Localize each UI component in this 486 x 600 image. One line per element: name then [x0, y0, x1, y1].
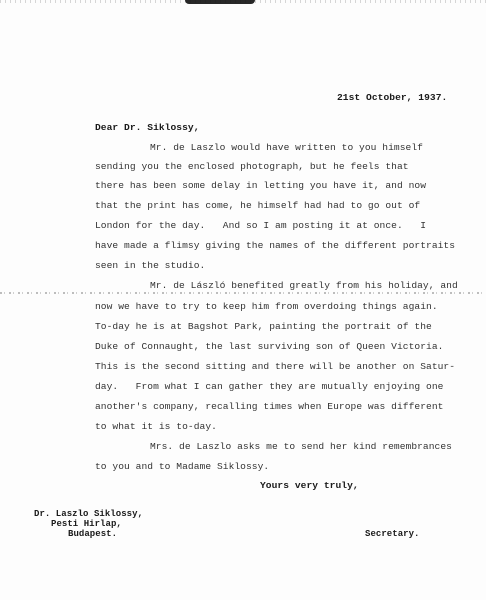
letter-page: 21st October, 1937. Dear Dr. Siklossy, M… [0, 0, 486, 600]
recipient-city: Budapest. [68, 530, 117, 540]
signature-title: Secretary. [365, 530, 420, 540]
body-line: to you and to Madame Siklossy. [95, 461, 269, 473]
body-line: to what it is to-day. [95, 421, 217, 433]
scan-streak [0, 292, 486, 294]
body-line: that the print has come, he himself had … [95, 200, 420, 212]
body-line: day. From what I can gather they are mut… [95, 381, 443, 393]
body-line: Mr. de Laszlo would have written to you … [150, 142, 423, 154]
body-line: Mrs. de Laszlo asks me to send her kind … [150, 441, 452, 453]
body-line: another's company, recalling times when … [95, 401, 443, 413]
body-line: London for the day. And so I am posting … [95, 220, 426, 232]
salutation: Dear Dr. Siklossy, [95, 122, 200, 134]
body-line: have made a flimsy giving the names of t… [95, 240, 455, 252]
body-line: there has been some delay in letting you… [95, 180, 426, 192]
body-line: seen in the studio. [95, 260, 205, 272]
body-line: Mr. de László benefited greatly from his… [150, 280, 458, 292]
body-line: Duke of Connaught, the last surviving so… [95, 341, 443, 353]
body-line: To-day he is at Bagshot Park, painting t… [95, 321, 432, 333]
closing: Yours very truly, [260, 480, 359, 492]
body-line: now we have to try to keep him from over… [95, 301, 438, 313]
scan-smudge [185, 0, 255, 4]
letter-date: 21st October, 1937. [337, 92, 447, 104]
body-line: This is the second sitting and there wil… [95, 361, 455, 373]
body-line: sending you the enclosed photograph, but… [95, 161, 409, 173]
